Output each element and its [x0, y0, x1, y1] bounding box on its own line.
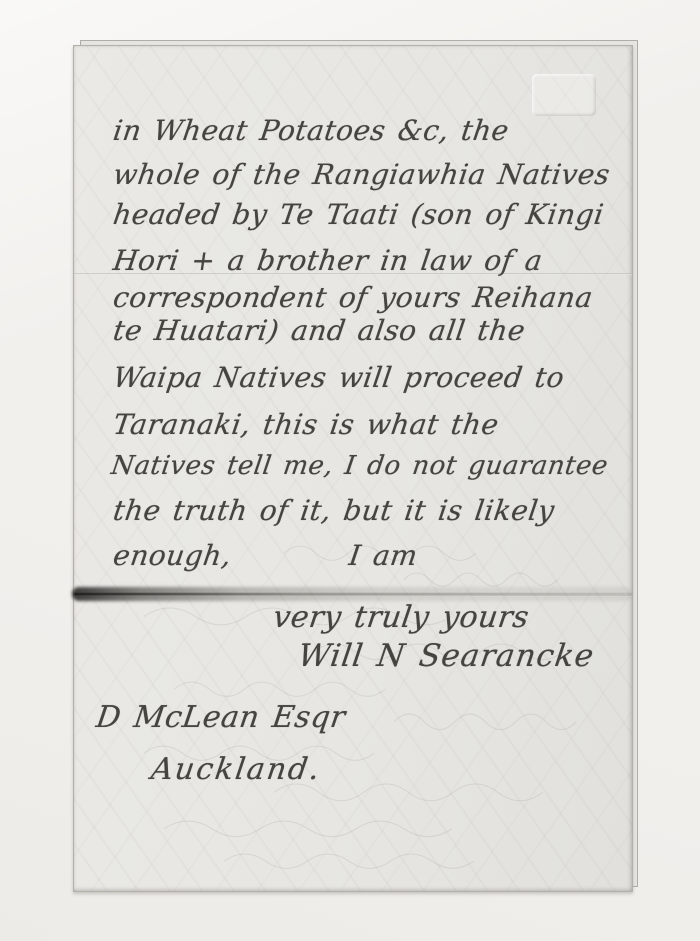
- recipient-place: Auckland.: [149, 753, 323, 787]
- letter-line: Taranaki, this is what the: [111, 408, 501, 442]
- recipient-name: D McLean Esqr: [94, 701, 348, 735]
- letter-line: correspondent of yours Reihana: [111, 281, 595, 315]
- letter-closing: very truly yours: [271, 601, 531, 635]
- letter-line: Natives tell me, I do not guarantee: [109, 449, 610, 483]
- letter-line: Waipa Natives will proceed to: [111, 361, 567, 395]
- letter-line: Hori + a brother in law of a: [111, 244, 545, 278]
- letter-line-enough: enough,: [111, 539, 233, 572]
- letter-line: enough,I am: [111, 539, 420, 573]
- embossed-stamp: [532, 74, 596, 116]
- letter-signature: Will N Searancke: [296, 639, 596, 673]
- letter-page: in Wheat Potatoes &c, the whole of the R…: [73, 45, 633, 892]
- scanned-letter: in Wheat Potatoes &c, the whole of the R…: [0, 0, 700, 941]
- letter-line-i-am: I am: [347, 539, 420, 573]
- letter-line: te Huatari) and also all the: [111, 314, 527, 348]
- letter-line: headed by Te Taati (son of Kingi: [111, 198, 606, 232]
- fold-ink-smudge-line: [74, 593, 632, 595]
- letter-line: the truth of it, but it is likely: [111, 494, 557, 528]
- letter-line: whole of the Rangiawhia Natives: [111, 158, 612, 192]
- letter-line: in Wheat Potatoes &c, the: [111, 114, 511, 148]
